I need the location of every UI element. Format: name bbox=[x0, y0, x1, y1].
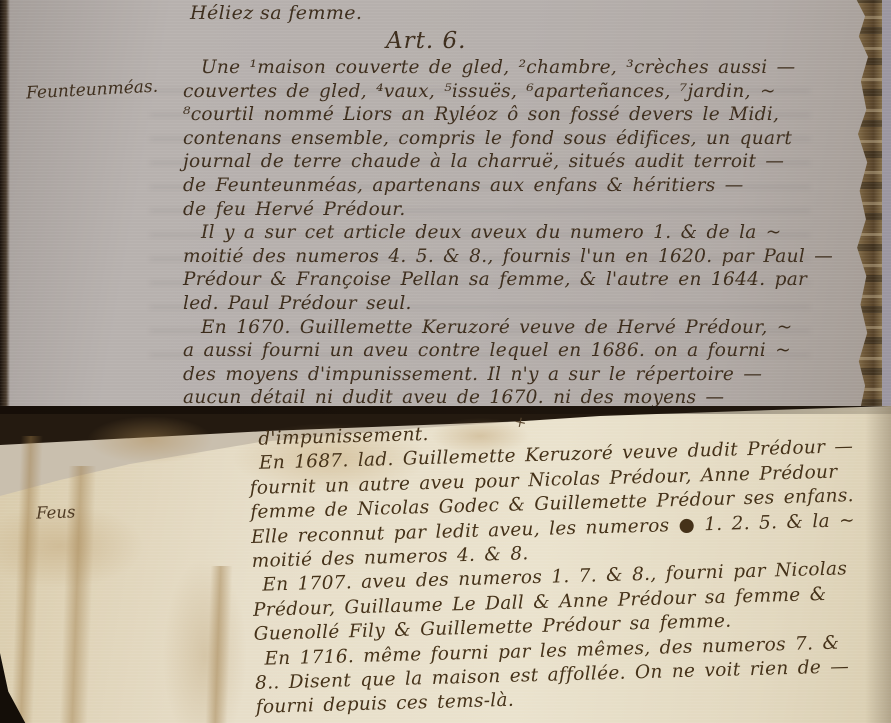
manuscript-photograph: Héliez sa femme. Art. 6. Feunteunméas. U… bbox=[0, 0, 891, 723]
manuscript-line: de feu Hervé Prédour. bbox=[183, 198, 883, 222]
manuscript-line: des moyens d'impunissement. Il n'y a sur… bbox=[183, 363, 883, 387]
manuscript-line: contenans ensemble, compris le fond sous… bbox=[183, 127, 883, 151]
manuscript-line: led. Paul Prédour seul. bbox=[183, 292, 883, 316]
top-page: Héliez sa femme. Art. 6. Feunteunméas. U… bbox=[0, 0, 891, 406]
manuscript-line: couvertes de gled, ⁴vaux, ⁵issuës, ⁶apar… bbox=[183, 80, 883, 104]
header-line: Héliez sa femme. bbox=[190, 2, 362, 24]
manuscript-line: Il y a sur cet article deux aveux du num… bbox=[183, 221, 883, 245]
top-body-text: Une ¹maison couverte de gled, ²chambre, … bbox=[183, 56, 883, 410]
manuscript-line: En 1670. Guillemette Keruzoré veuve de H… bbox=[183, 316, 883, 340]
page-left-shadow bbox=[0, 0, 10, 406]
adjacent-page-sliver bbox=[882, 0, 891, 406]
article-heading: Art. 6. bbox=[386, 28, 466, 54]
bottom-body-text: d'impunissement. En 1687. lad. Guillemet… bbox=[248, 410, 891, 721]
margin-note-feunteunmeas: Feunteunméas. bbox=[26, 77, 159, 104]
manuscript-line: a aussi fourni un aveu contre lequel en … bbox=[183, 339, 883, 363]
manuscript-line: de Feunteunméas, apartenans aux enfans &… bbox=[183, 174, 883, 198]
manuscript-line: journal de terre chaude à la charruë, si… bbox=[183, 150, 883, 174]
manuscript-line: Une ¹maison couverte de gled, ²chambre, … bbox=[183, 56, 883, 80]
manuscript-line: ⁸courtil nommé Liors an Ryléoz ô son fos… bbox=[183, 103, 883, 127]
manuscript-line: Prédour & Françoise Pellan sa femme, & l… bbox=[183, 268, 883, 292]
manuscript-line: moitié des numeros 4. 5. & 8., fournis l… bbox=[183, 245, 883, 269]
margin-note-feus: Feus bbox=[36, 502, 76, 522]
